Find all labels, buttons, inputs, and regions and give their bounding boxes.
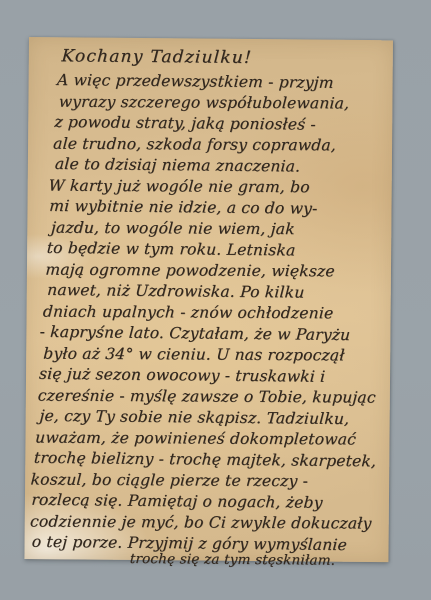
handwriting-line: czereśnie - myślę zawsze o Tobie, kupują… (37, 386, 377, 409)
handwriting-line: o tej porze. Przyjmij z góry wymyślanie (31, 532, 368, 557)
handwriting-line: uważam, że powinieneś dokompletować (35, 428, 375, 451)
letter-scan-background: Kochany Tadziulku! A więc przedewszystki… (0, 0, 431, 600)
handwriting-line: ale to dzisiaj niema znaczenia. (54, 154, 391, 179)
handwriting-line: to będzie w tym roku. Letniska (46, 238, 386, 263)
handwriting-line: dniach upalnych - znów ochłodzenie (42, 302, 382, 325)
handwriting-line: rozlecą się. Pamiętaj o nogach, żeby (31, 490, 371, 515)
handwriting-line: jazdu, to wogóle nie wiem, jak (50, 218, 387, 241)
handwriting-line: z powodu straty, jaką poniosłeś - (54, 112, 394, 137)
handwriting-line: wyrazy szczerego współubolewania, (58, 92, 395, 115)
salutation-line: Kochany Tadziulku! (61, 43, 399, 73)
handwriting-line: A więc przedewszystkiem - przyjm (56, 70, 396, 95)
handwriting-line: W karty już wogóle nie gram, bo (48, 176, 390, 199)
letter-paper: Kochany Tadziulku! A więc przedewszystki… (24, 37, 393, 562)
handwriting-line: nawet, niż Uzdrowiska. Po kilku (47, 280, 384, 305)
handwriting-line: było aż 34° w cieniu. U nas rozpoczął (43, 344, 380, 367)
handwriting-line: mi wybitnie nie idzie, a co do wy- (49, 196, 389, 221)
handwriting-line: się już sezon owocowy - truskawki i (38, 364, 378, 389)
handwriting-line: ale trudno, szkoda forsy coprawda, (53, 134, 393, 157)
handwriting-line: - kapryśne lato. Czytałam, że w Paryżu (39, 322, 381, 347)
handwriting-line: koszul, bo ciągle pierze te rzeczy - (30, 469, 372, 492)
handwritten-letter-text: Kochany Tadziulku! A więc przedewszystki… (11, 37, 407, 562)
handwriting-line: mają ogromne powodzenie, większe (45, 260, 385, 283)
handwriting-line: trochę bielizny - trochę majtek, skarpet… (33, 448, 373, 473)
handwriting-line: codziennie je myć, bo Ci zwykle dokuczał… (29, 511, 369, 534)
handwriting-line: je, czy Ty sobie nie skąpisz. Tadziulku, (39, 406, 376, 431)
